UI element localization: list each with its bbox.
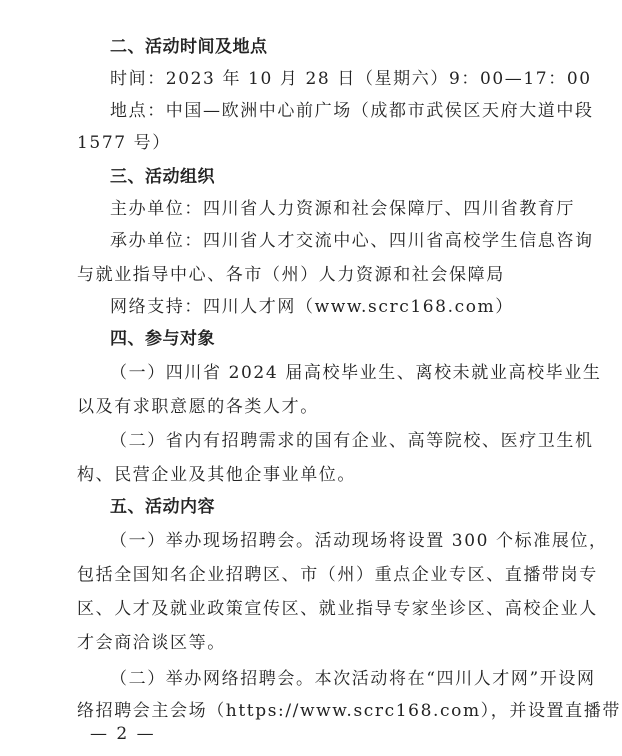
content-1-line-4: 才会商洽谈区等。: [77, 632, 555, 654]
page-number: — 2 —: [90, 724, 156, 744]
section-heading-content: 五、活动内容: [110, 496, 555, 518]
organizer-units-line-1: 承办单位：四川省人才交流中心、四川省高校学生信息咨询: [110, 230, 555, 252]
content-2-line-1: （二）举办网络招聘会。本次活动将在“四川人才网”开设网: [110, 668, 555, 690]
event-place-line-2: 1577 号）: [77, 132, 555, 154]
content-1-line-2: 包括全国知名企业招聘区、市（州）重点企业专区、直播带岗专: [77, 564, 555, 586]
participants-1-line-1: （一）四川省 2024 届高校毕业生、离校未就业高校毕业生: [110, 362, 555, 384]
section-heading-time-place: 二、活动时间及地点: [110, 36, 555, 58]
section-heading-participants: 四、参与对象: [110, 328, 555, 350]
participants-2-line-1: （二）省内有招聘需求的国有企业、高等院校、医疗卫生机: [110, 430, 555, 452]
content-2-line-2: 络招聘会主会场（https://www.scrc168.com），并设置直播带岗…: [77, 700, 555, 722]
network-support: 网络支持：四川人才网（www.scrc168.com）: [110, 296, 555, 318]
participants-1-line-2: 以及有求职意愿的各类人才。: [77, 396, 555, 418]
section-heading-organization: 三、活动组织: [110, 166, 555, 188]
content-1-line-1: （一）举办现场招聘会。活动现场将设置 300 个标准展位，: [110, 530, 555, 552]
host-units: 主办单位：四川省人力资源和社会保障厅、四川省教育厅: [110, 198, 555, 220]
organizer-units-line-2: 与就业指导中心、各市（州）人力资源和社会保障局: [77, 264, 555, 286]
event-time: 时间：2023 年 10 月 28 日（星期六）9：00—17：00: [110, 68, 555, 90]
document-page: 二、活动时间及地点 时间：2023 年 10 月 28 日（星期六）9：00—1…: [0, 0, 622, 756]
participants-2-line-2: 构、民营企业及其他企事业单位。: [77, 464, 555, 486]
event-place-line-1: 地点：中国—欧洲中心前广场（成都市武侯区天府大道中段: [110, 100, 555, 122]
content-1-line-3: 区、人才及就业政策宣传区、就业指导专家坐诊区、高校企业人: [77, 598, 555, 620]
